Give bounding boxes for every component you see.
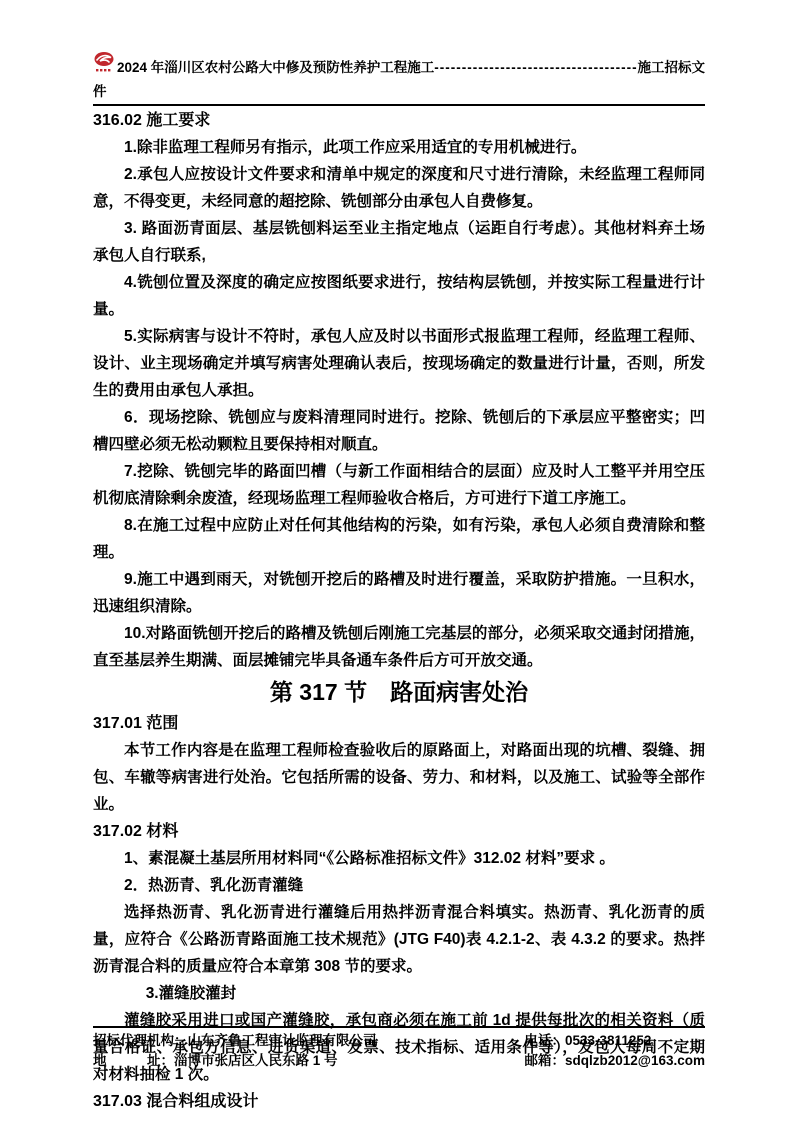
address-value: 淄博市张店区人民东路 1 号 (174, 1053, 338, 1068)
paragraph: 3.灌缝胶灌封 (93, 980, 705, 1007)
paragraph: 4.铣刨位置及深度的确定应按图纸要求进行，按结构层铣刨，并按实际工程量进行计量。 (93, 269, 705, 323)
document-body: 316.02 施工要求1.除非监理工程师另有指示，此项工作应采用适宜的专用机械进… (93, 107, 705, 1115)
footer-right-column: 电话：0533-3811252 邮箱：sdqlzb2012@163.com (525, 1031, 705, 1071)
address-label: 地 址： (93, 1053, 174, 1068)
paragraph: 6．现场挖除、铣刨应与废料清理同时进行。挖除、铣刨后的下承层应平整密实；凹槽四壁… (93, 404, 705, 458)
header-line2: 件 (93, 81, 705, 102)
header-doc-type: 施工招标文 (638, 57, 706, 78)
email-value: sdqlzb2012@163.com (565, 1053, 705, 1068)
paragraph: 1、素混凝土基层所用材料同“《公路标准招标文件》312.02 材料”要求 。 (93, 845, 705, 872)
paragraph: 8.在施工过程中应防止对任何其他结构的污染，如有污染，承包人必须自费清除和整理。 (93, 512, 705, 566)
footer-address-row: 地 址：淄博市张店区人民东路 1 号 (93, 1051, 377, 1071)
header-line1: 2024 年淄川区农村公路大中修及预防性养护工程施工 -------------… (93, 54, 705, 81)
paragraph: 5.实际病害与设计不符时，承包人应及时以书面形式报监理工程师，经监理工程师、设计… (93, 323, 705, 404)
paragraph: 本节工作内容是在监理工程师检查验收后的原路面上，对路面出现的坑槽、裂缝、拥包、车… (93, 737, 705, 818)
paragraph: 1.除非监理工程师另有指示，此项工作应采用适宜的专用机械进行。 (93, 134, 705, 161)
paragraph: 9.施工中遇到雨天，对铣刨开挖后的路槽及时进行覆盖，采取防护措施。一旦积水，迅速… (93, 566, 705, 620)
paragraph: 2．热沥青、乳化沥青灌缝 (93, 872, 705, 899)
paragraph: 选择热沥青、乳化沥青进行灌缝后用热拌沥青混合料填实。热沥青、乳化沥青的质量，应符… (93, 899, 705, 980)
agency-logo-icon (93, 51, 115, 81)
agency-label: 招标代理机构： (93, 1033, 188, 1048)
phone-label: 电话： (525, 1033, 566, 1048)
footer-agency-row: 招标代理机构：山东齐鲁工程审计监理有限公司 (93, 1031, 377, 1051)
paragraph: 7.挖除、铣刨完毕的路面凹槽（与新工作面相结合的层面）应及时人工整平并用空压机彻… (93, 458, 705, 512)
agency-value: 山东齐鲁工程审计监理有限公司 (188, 1033, 377, 1048)
section-heading: 316.02 施工要求 (93, 107, 705, 134)
paragraph: 3. 路面沥青面层、基层铣刨料运至业主指定地点（运距自行考虑）。其他材料弃土场承… (93, 215, 705, 269)
footer-email-row: 邮箱：sdqlzb2012@163.com (525, 1051, 705, 1071)
page-footer: 招标代理机构：山东齐鲁工程审计监理有限公司 地 址：淄博市张店区人民东路 1 号… (93, 1026, 705, 1071)
paragraph: 10.对路面铣刨开挖后的路槽及铣刨后刚施工完基层的部分，必须采取交通封闭措施，直… (93, 620, 705, 674)
section-heading: 317.02 材料 (93, 818, 705, 845)
header-dash-leader: ----------------------------------------… (434, 57, 637, 78)
paragraph: 2.承包人应按设计文件要求和清单中规定的深度和尺寸进行清除，未经监理工程师同意，… (93, 161, 705, 215)
section-heading: 317.01 范围 (93, 710, 705, 737)
page-header: 2024 年淄川区农村公路大中修及预防性养护工程施工 -------------… (93, 54, 705, 106)
email-label: 邮箱： (525, 1053, 566, 1068)
phone-value: 0533-3811252 (565, 1033, 651, 1048)
footer-left-column: 招标代理机构：山东齐鲁工程审计监理有限公司 地 址：淄博市张店区人民东路 1 号 (93, 1031, 377, 1071)
section-title: 第 317 节 路面病害处治 (93, 674, 705, 710)
header-project-title: 2024 年淄川区农村公路大中修及预防性养护工程施工 (117, 57, 434, 78)
document-page: 2024 年淄川区农村公路大中修及预防性养护工程施工 -------------… (0, 0, 793, 1122)
footer-phone-row: 电话：0533-3811252 (525, 1031, 705, 1051)
section-heading: 317.03 混合料组成设计 (93, 1088, 705, 1115)
